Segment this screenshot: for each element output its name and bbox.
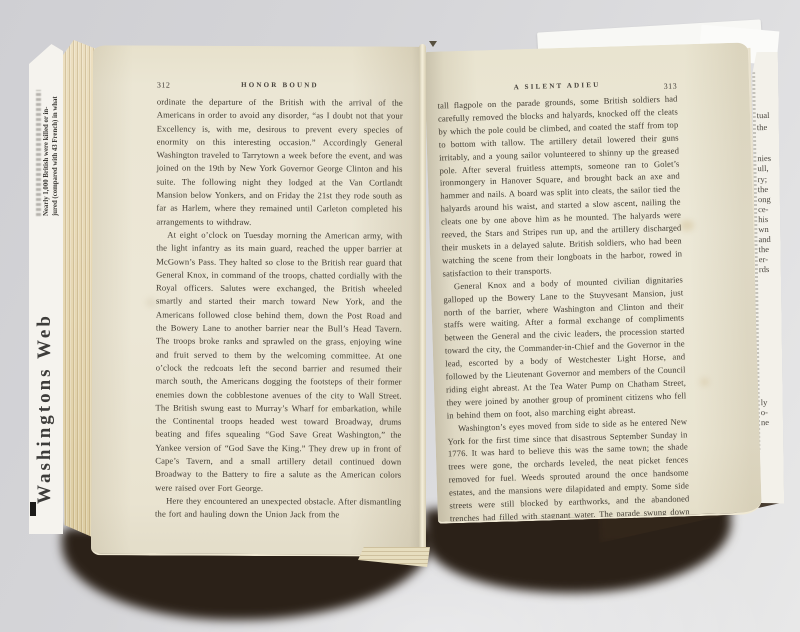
text-fragment: ry; xyxy=(758,174,780,184)
text-fragment: tual xyxy=(757,110,779,120)
text-fragment: wn xyxy=(758,224,780,234)
paragraph: General Knox and a body of mounted civil… xyxy=(443,273,687,422)
right-page-text: tall flagpole on the parade grounds, som… xyxy=(437,93,690,524)
foxing-spot xyxy=(146,298,156,307)
book-gutter xyxy=(419,44,426,550)
text-fragment: ull, xyxy=(757,163,779,173)
text-fragment: ly xyxy=(761,397,783,407)
gutter-notch xyxy=(429,41,437,47)
text-fragment: the xyxy=(759,244,781,254)
paragraph: ordinate the departure of the British wi… xyxy=(156,96,403,230)
text-fragment: the xyxy=(757,122,779,132)
left-page: 312 HONOR BOUND ordinate the departure o… xyxy=(91,45,425,556)
foxing-spot xyxy=(680,220,694,231)
clipping-line: jured (compared with 43 French) in what xyxy=(52,84,61,216)
left-running-head: HONOR BOUND xyxy=(157,81,403,90)
paragraph: Here they encountered an unexpected obst… xyxy=(155,494,401,522)
text-fragment: ong xyxy=(758,194,780,204)
paragraph: At eight o’clock on Tuesday morning the … xyxy=(155,229,402,496)
clipping-headline: Washingtons Web xyxy=(34,236,62,504)
text-fragment: rds xyxy=(759,264,781,274)
text-fragment: and xyxy=(758,234,780,244)
clipping-lines: Nearly 1,000 British were killed or in-j… xyxy=(43,84,60,216)
illegible-text-line xyxy=(36,90,41,216)
text-fragment: the xyxy=(758,184,780,194)
right-page: A SILENT ADIEU 313 tall flagpole on the … xyxy=(424,42,762,523)
clipping-small-print: Nearly 1,000 British were killed or in-j… xyxy=(35,84,61,216)
text-fragment: his xyxy=(758,214,780,224)
book-photo: tualtheniesull,ry;theongce-hiswnandtheer… xyxy=(0,0,800,632)
text-fragment: er- xyxy=(759,254,781,264)
paragraph: Washington’s eyes moved from side to sid… xyxy=(447,415,690,524)
newspaper-clipping: Nearly 1,000 British were killed or in-j… xyxy=(29,44,63,534)
headline-ink-mark xyxy=(30,502,36,516)
text-fragment: ce- xyxy=(758,204,780,214)
paragraph: tall flagpole on the parade grounds, som… xyxy=(437,93,682,281)
text-fragment: ne xyxy=(761,417,783,427)
foxing-spot xyxy=(700,378,709,386)
text-fragment: o- xyxy=(761,407,783,417)
clipping-line: Nearly 1,000 British were killed or in- xyxy=(43,84,52,216)
left-page-text: ordinate the departure of the British wi… xyxy=(155,96,403,523)
text-fragment: nies xyxy=(757,153,779,163)
